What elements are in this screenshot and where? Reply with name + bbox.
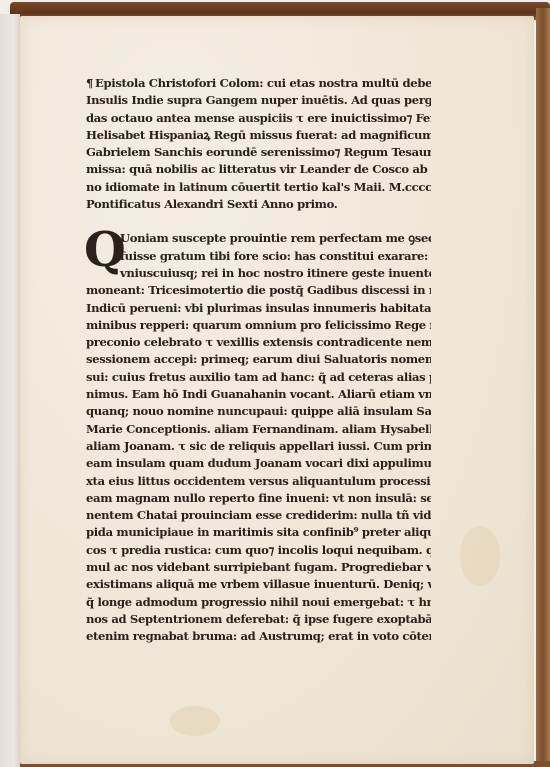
body-line: Uoniam suscepte prouintie rem perfectam … [86, 230, 431, 247]
body-line: Marie Conceptionis. aliam Fernandinam. a… [86, 421, 431, 438]
heading-line: ¶Epistola Christofori Colom: cui etas no… [86, 75, 431, 92]
body-line: fuisse gratum tibi fore scio: has consti… [86, 248, 431, 265]
body-line: sessionem accepi: primeq; earum diui Sal… [86, 351, 431, 368]
body-line: minibus repperi: quarum omnium pro felic… [86, 317, 431, 334]
leather-cover-right-edge [536, 8, 550, 767]
heading-line: Helisabet Hispaniaꝝ Regū missus fuerat: … [86, 127, 431, 144]
body-line: xta eius littus occidentem versus aliqua… [86, 473, 431, 490]
body-line: sui: cuius fretus auxilio tam ad hanc: q… [86, 369, 431, 386]
body-line: nos ad Septentrionem deferebat: q̃ ipse … [86, 611, 431, 628]
pilcrow-mark: ¶ [86, 75, 93, 92]
body-line: pida municipiaue in maritimis sita confi… [86, 524, 431, 541]
body-line: etenim regnabat bruma: ad Austrumq; erat… [86, 628, 431, 645]
body-line: cos τ predia rustica: cum quo⁊ incolis l… [86, 542, 431, 559]
letter-body: Q Uoniam suscepte prouintie rem perfecta… [86, 230, 431, 645]
body-line: nentem Chatai prouinciam esse crediderim… [86, 507, 431, 524]
letter-heading: ¶Epistola Christofori Colom: cui etas no… [86, 75, 431, 213]
previous-leaf-edge [0, 14, 20, 767]
heading-line: Gabrielem Sanchis eorundē serenissimo⁊ R… [86, 144, 431, 161]
heading-line: missa: quā nobilis ac litteratus vir Lea… [86, 161, 431, 178]
drop-cap-initial: Q [84, 226, 125, 274]
body-line: eam insulam quam dudum Joanam vocari dix… [86, 455, 431, 472]
heading-line: Insulis Indie supra Gangem nuper inuētis… [86, 92, 431, 109]
foxing-stain [460, 526, 500, 586]
body-line: eam magnam nullo reperto fine inueni: vt… [86, 490, 431, 507]
body-line: existimans aliquā me vrbem villasue inue… [86, 576, 431, 593]
paragraph-gap [86, 213, 431, 230]
body-line: aliam Joanam. τ sic de reliquis appellar… [86, 438, 431, 455]
body-line: preconio celebrato τ vexillis extensis c… [86, 334, 431, 351]
body-line: vniuscuiusq; rei in hoc nostro itinere g… [86, 265, 431, 282]
heading-line: no idiomate in latinum cōuertit tertio k… [86, 179, 431, 196]
body-line: q̃ longe admodum progressio nihil noui e… [86, 594, 431, 611]
body-line: quanq; nouo nomine nuncupaui: quippe ali… [86, 403, 431, 420]
body-line: nimus. Eam hō Indi Guanahanin vocant. Al… [86, 386, 431, 403]
foxing-stain [170, 706, 220, 736]
heading-line: das octauo antea mense auspiciis τ ere i… [86, 110, 431, 127]
body-line: mul ac nos videbant surripiebant fugam. … [86, 559, 431, 576]
heading-line: Pontificatus Alexandri Sexti Anno primo. [86, 196, 431, 213]
printed-text-block: ¶Epistola Christofori Colom: cui etas no… [86, 75, 431, 646]
body-line: moneant: Tricesimotertio die postq̃ Gadi… [86, 282, 431, 299]
body-line: Indicū perueni: vbi plurimas insulas inn… [86, 300, 431, 317]
